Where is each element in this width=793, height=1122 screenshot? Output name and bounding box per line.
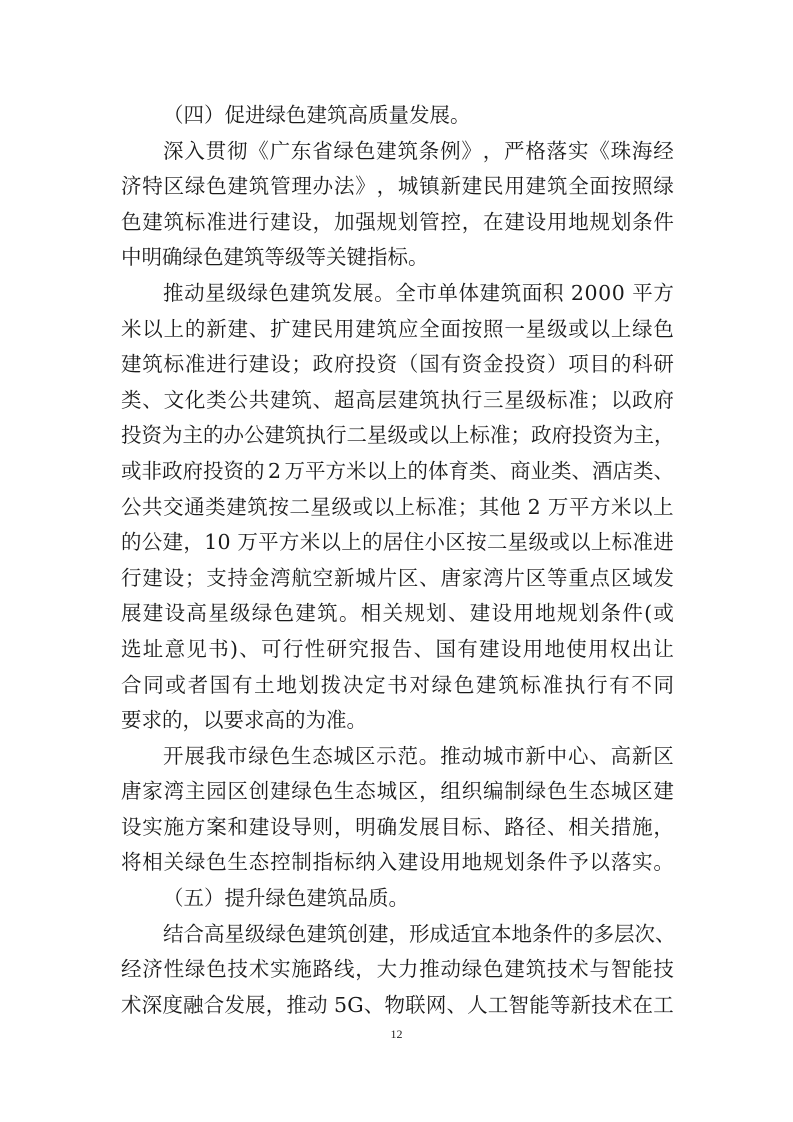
document-page: （四）促进绿色建筑高质量发展。 深入贯彻《广东省绿色建筑条例》，严格落实《珠海经…	[0, 0, 793, 1122]
paragraph-line: 唐家湾主园区创建绿色生态城区，组织编制绿色生态城区建	[121, 774, 674, 810]
paragraph-line: 要求的，以要求高的为准。	[121, 703, 674, 739]
paragraph-line: 行建设；支持金湾航空新城片区、唐家湾片区等重点区域发	[121, 561, 674, 597]
paragraph-line: 开展我市绿色生态城区示范。推动城市新中心、高新区	[121, 739, 674, 775]
paragraph-line: 经济性绿色技术实施路线，大力推动绿色建筑技术与智能技	[121, 952, 674, 988]
paragraph-line: 建筑标准进行建设；政府投资（国有资金投资）项目的科研	[121, 347, 674, 383]
section-heading-5: （五）提升绿色建筑品质。	[121, 881, 674, 917]
paragraph-line: 投资为主的办公建筑执行二星级或以上标准；政府投资为主，	[121, 418, 674, 454]
paragraph-line: 公共交通类建筑按二星级或以上标准；其他 2 万平方米以上	[121, 490, 674, 526]
paragraph-line: 术深度融合发展，推动 5G、物联网、人工智能等新技术在工	[121, 988, 674, 1024]
paragraph-line: 将相关绿色生态控制指标纳入建设用地规划条件予以落实。	[121, 845, 674, 881]
document-body: （四）促进绿色建筑高质量发展。 深入贯彻《广东省绿色建筑条例》，严格落实《珠海经…	[121, 98, 674, 1023]
paragraph-line: 展建设高星级绿色建筑。相关规划、建设用地规划条件(或	[121, 596, 674, 632]
paragraph-line: 中明确绿色建筑等级等关键指标。	[121, 240, 674, 276]
paragraph-line: 合同或者国有土地划拨决定书对绿色建筑标准执行有不同	[121, 668, 674, 704]
paragraph-line: 类、文化类公共建筑、超高层建筑执行三星级标准；以政府	[121, 383, 674, 419]
paragraph-line: 米以上的新建、扩建民用建筑应全面按照一星级或以上绿色	[121, 312, 674, 348]
paragraph-line: 深入贯彻《广东省绿色建筑条例》，严格落实《珠海经	[121, 134, 674, 170]
paragraph-line: 选址意见书)、可行性研究报告、国有建设用地使用权出让	[121, 632, 674, 668]
page-number: 12	[0, 1027, 793, 1042]
paragraph-line: 色建筑标准进行建设，加强规划管控，在建设用地规划条件	[121, 205, 674, 241]
section-heading-4: （四）促进绿色建筑高质量发展。	[121, 98, 674, 134]
paragraph-line: 推动星级绿色建筑发展。全市单体建筑面积 2000 平方	[121, 276, 674, 312]
paragraph-line: 或非政府投资的 2 万平方米以上的体育类、商业类、酒店类、	[121, 454, 674, 490]
paragraph-line: 济特区绿色建筑管理办法》，城镇新建民用建筑全面按照绿	[121, 169, 674, 205]
paragraph-line: 设实施方案和建设导则，明确发展目标、路径、相关措施，	[121, 810, 674, 846]
paragraph-line: 结合高星级绿色建筑创建，形成适宜本地条件的多层次、	[121, 917, 674, 953]
paragraph-line: 的公建，10 万平方米以上的居住小区按二星级或以上标准进	[121, 525, 674, 561]
